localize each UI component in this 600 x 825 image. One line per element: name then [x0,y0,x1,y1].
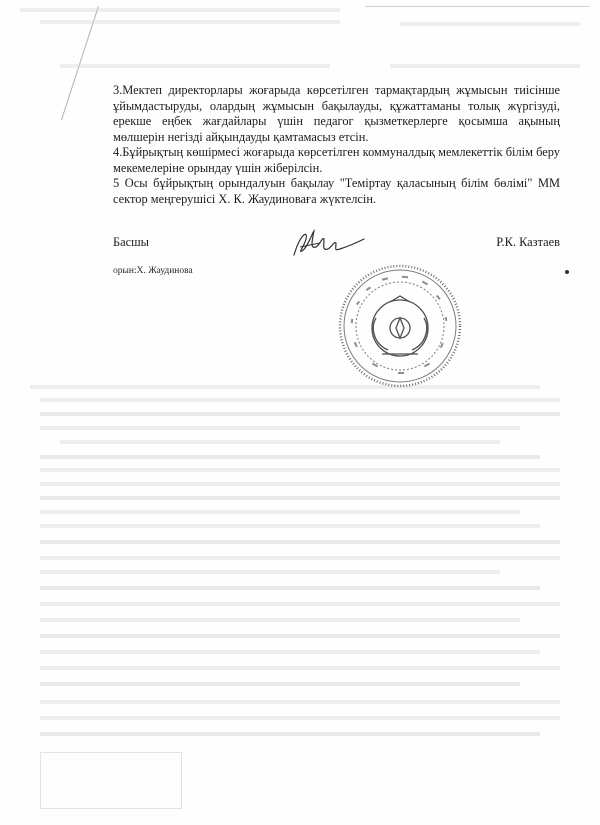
ghost-text-line [40,524,540,528]
ghost-text-line [40,398,560,402]
ghost-text-line [40,716,560,720]
handwritten-signature [290,225,370,261]
ghost-text-line [60,440,500,444]
ghost-text-line [40,732,540,736]
ghost-text-line [390,64,580,68]
paragraph-5: 5 Осы бұйрықтың орындалуын бақылау "Темі… [113,176,560,207]
official-seal [336,262,464,390]
ghost-text-line [40,482,560,486]
signer-name: Р.К. Казтаев [496,235,560,250]
paragraph-3: 3.Мектеп директорлары жоғарыда көрсетілг… [113,83,560,145]
ghost-text-line [40,20,340,24]
paragraph-4: 4.Бұйрықтың көшірмесі жоғарыда көрсетілг… [113,145,560,176]
ghost-text-line [40,700,560,704]
ghost-text-line [40,570,500,574]
ghost-text-line [20,8,340,12]
ghost-text-line [40,540,560,544]
ghost-text-line [40,586,540,590]
ghost-text-line [40,468,560,472]
ghost-text-line [40,496,560,500]
ghost-text-line [40,556,560,560]
ghost-text-line [40,618,520,622]
ghost-text-line [60,64,330,68]
ghost-text-line [40,634,560,638]
ghost-text-line [40,666,560,670]
scanned-page: 3.Мектеп директорлары жоғарыда көрсетілг… [0,0,600,825]
state-emblem-icon [372,296,428,356]
ink-speck [565,270,569,274]
ghost-box [40,752,182,809]
ghost-text-line [40,455,540,459]
ghost-text-line [400,22,580,26]
ghost-text-line [40,602,560,606]
ghost-text-line [40,426,520,430]
ghost-text-line [40,682,520,686]
order-body: 3.Мектеп директорлары жоғарыда көрсетілг… [113,83,560,207]
executor-note: орын:Х. Жаудинова [113,266,193,276]
ghost-text-line [40,510,520,514]
ghost-text-line [40,412,560,416]
signer-role: Басшы [113,235,149,250]
ghost-text-line [40,650,540,654]
scan-artifact-line [365,6,590,7]
